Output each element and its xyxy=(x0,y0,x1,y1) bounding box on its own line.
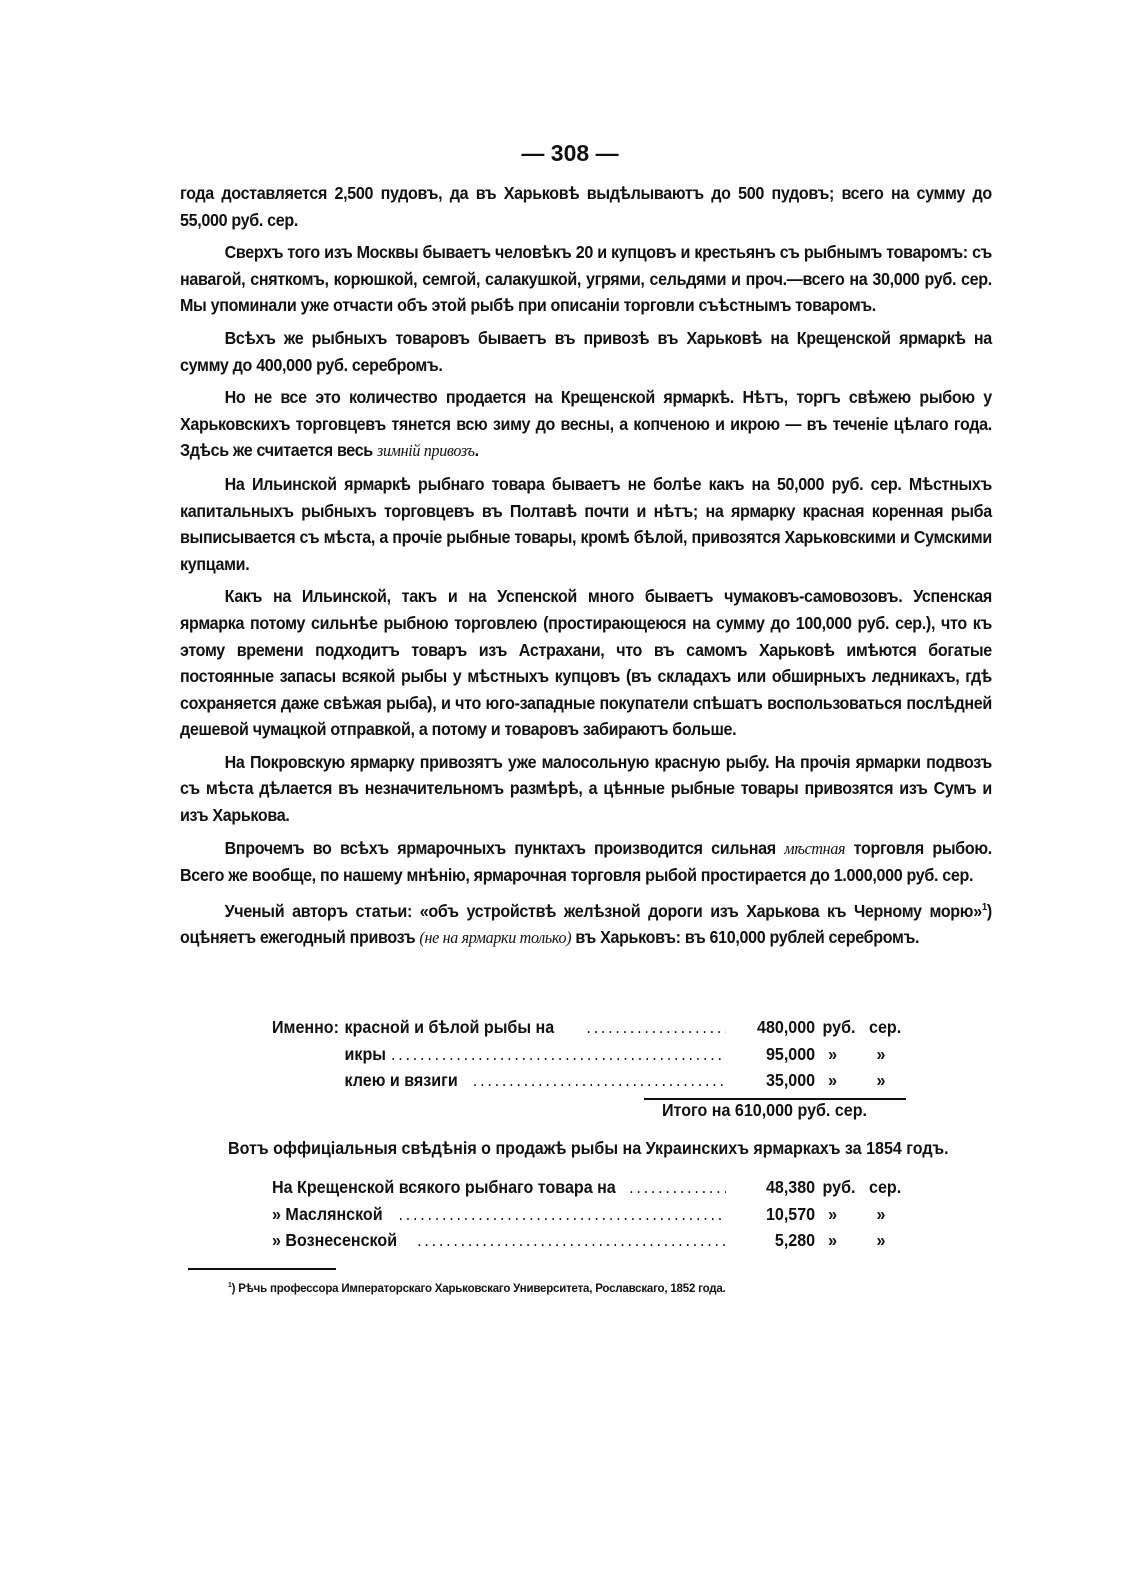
paragraph-text: Впрочемъ во всѣхъ ярмарочныхъ пунктахъ п… xyxy=(225,838,785,858)
row-unit: » xyxy=(828,1227,837,1254)
official-data-heading: Вотъ оффиціальныя свѣдѣнія о продажѣ рыб… xyxy=(228,1138,949,1159)
row-amount: 480,000 xyxy=(728,1014,815,1041)
row-label: клею и вязиги xyxy=(345,1067,458,1094)
row-unit: » xyxy=(877,1067,886,1094)
row-unit: сер. xyxy=(869,1014,901,1041)
leader-dots: ............................ xyxy=(629,1174,726,1201)
paragraph-5: На Ильинской ярмаркѣ рыбнаго товара быва… xyxy=(180,471,992,577)
body-text: года доставляется 2,500 пудовъ, да въ Ха… xyxy=(180,180,992,958)
paragraph-2: Сверхъ того изъ Москвы бываетъ человѣкъ … xyxy=(180,239,992,319)
italic-phrase: зимній привозъ xyxy=(377,441,475,460)
table-row: » Вознесенской .........................… xyxy=(272,1227,904,1254)
table-row: клею и вязиги ..........................… xyxy=(272,1067,904,1094)
paragraph-3: Всѣхъ же рыбныхъ товаровъ бываетъ въ при… xyxy=(180,325,992,378)
paragraph-text: Но не все это количество продается на Кр… xyxy=(180,387,992,460)
fair-sales-table: На Крещенской всякого рыбнаго товара на … xyxy=(272,1174,904,1254)
table-total: Итого на 610,000 руб. сер. xyxy=(662,1100,867,1121)
import-breakdown-table: Именно: красной и бѣлой рыбы на ........… xyxy=(272,1014,904,1094)
paragraph-8: Впрочемъ во всѣхъ ярмарочныхъ пунктахъ п… xyxy=(180,835,992,889)
footnote-rule xyxy=(188,1268,336,1270)
row-unit: » xyxy=(828,1201,837,1228)
leader-dots: ........................................… xyxy=(398,1201,725,1228)
row-label: икры xyxy=(345,1041,386,1068)
row-unit: » xyxy=(828,1041,837,1068)
row-amount: 35,000 xyxy=(728,1067,815,1094)
row-unit: сер. xyxy=(869,1174,901,1201)
row-amount: 10,570 xyxy=(728,1201,815,1228)
leader-dots: ........................................… xyxy=(473,1067,726,1094)
row-amount: 95,000 xyxy=(728,1041,815,1068)
row-unit: » xyxy=(828,1067,837,1094)
table-row: Именно: красной и бѣлой рыбы на ........… xyxy=(272,1014,904,1041)
row-unit: руб. xyxy=(823,1174,856,1201)
row-label: » Маслянской xyxy=(272,1201,383,1228)
footnote: 1) Рѣчь профессора Императорскаго Харько… xyxy=(228,1282,726,1295)
leader-dots: .................................. xyxy=(586,1014,726,1041)
row-unit: » xyxy=(877,1227,886,1254)
table-lead-label: Именно: xyxy=(272,1014,339,1041)
row-unit: руб. xyxy=(823,1014,856,1041)
row-amount: 48,380 xyxy=(728,1174,815,1201)
row-amount: 5,280 xyxy=(728,1227,815,1254)
paragraph-text: Ученый авторъ статьи: «объ устройствѣ же… xyxy=(225,901,982,921)
row-label: красной и бѣлой рыбы на xyxy=(345,1014,555,1041)
leader-dots: ........................................… xyxy=(417,1227,726,1254)
table-row: На Крещенской всякого рыбнаго товара на … xyxy=(272,1174,904,1201)
paragraph-1: года доставляется 2,500 пудовъ, да въ Ха… xyxy=(180,180,992,233)
paragraph-7: На Покровскую ярмарку привозятъ уже мало… xyxy=(180,749,992,829)
table-row: икры ...................................… xyxy=(272,1041,904,1068)
row-label: На Крещенской всякого рыбнаго товара на xyxy=(272,1174,616,1201)
paragraph-text: въ Харьковъ: въ 610,000 рублей серебромъ… xyxy=(571,927,919,947)
footnote-text: ) Рѣчь профессора Императорскаго Харьков… xyxy=(232,1283,726,1295)
paragraph-4: Но не все это количество продается на Кр… xyxy=(180,384,992,465)
paragraph-6: Какъ на Ильинской, такъ и на Успенской м… xyxy=(180,583,992,743)
page-number: — 308 — xyxy=(0,140,1140,167)
italic-phrase: мѣстная xyxy=(784,839,845,858)
paragraph-text: . xyxy=(475,440,479,460)
row-unit: » xyxy=(877,1201,886,1228)
paragraph-9: Ученый авторъ статьи: «объ устройствѣ же… xyxy=(180,895,992,952)
row-label: » Вознесенской xyxy=(272,1227,397,1254)
table-row: » Маслянской ...........................… xyxy=(272,1201,904,1228)
leader-dots: ........................................… xyxy=(391,1041,726,1068)
italic-phrase: (не на ярмарки только) xyxy=(419,928,571,947)
row-unit: » xyxy=(877,1041,886,1068)
